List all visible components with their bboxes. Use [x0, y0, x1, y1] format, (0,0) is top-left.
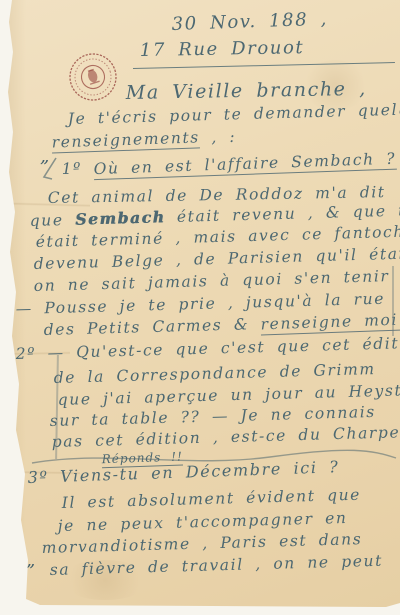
letter-paper-sheet: 30 Nov. 188 , 17 Rue Drouot Ma Vieille b…	[0, 0, 400, 607]
scanned-letter-page: { "letter": { "date": "30 Nov. 188 ,", "…	[0, 0, 400, 615]
right-margin-line	[392, 266, 394, 336]
margin-check-mark-icon	[0, 0, 400, 615]
